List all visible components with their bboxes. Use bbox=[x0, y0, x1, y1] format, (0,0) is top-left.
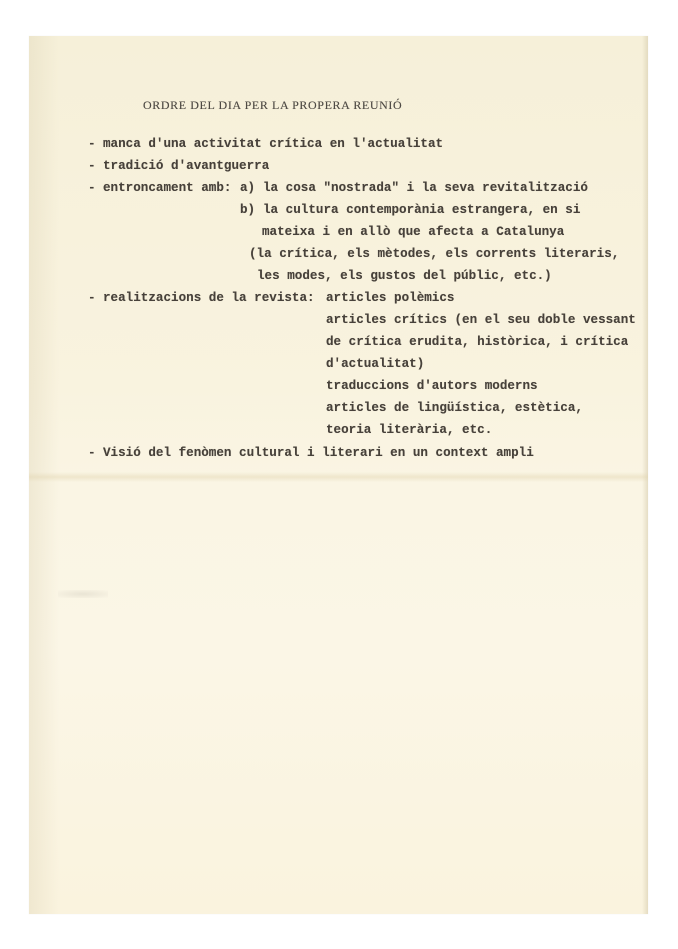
subitem-text: la cultura contemporània estrangera, en … bbox=[263, 203, 580, 217]
list-item-text: traduccions d'autors moderns bbox=[326, 379, 538, 393]
list-item-text: articles de lingüística, estètica, bbox=[326, 401, 583, 415]
list-item-bullet: - bbox=[88, 159, 96, 173]
document-title: ORDRE DEL DIA PER LA PROPERA REUNIÓ bbox=[143, 98, 402, 112]
list-item-text: de crítica erudita, històrica, i crítica bbox=[326, 335, 628, 349]
list-item-text: d'actualitat) bbox=[326, 357, 424, 371]
list-item-bullet: - bbox=[88, 181, 96, 195]
subitem-marker: a) bbox=[240, 181, 255, 195]
list-item-label: entroncament amb: bbox=[103, 181, 231, 195]
list-item-bullet: - bbox=[88, 291, 96, 305]
list-item-text: tradició d'avantguerra bbox=[103, 159, 269, 173]
paper-fold-crease bbox=[29, 472, 648, 482]
list-item-label: realitzacions de la revista: bbox=[103, 291, 315, 305]
list-item-bullet: - bbox=[88, 137, 96, 151]
paper-smudge bbox=[58, 590, 108, 598]
list-item-text: Visió del fenòmen cultural i literari en… bbox=[103, 446, 534, 460]
list-item-text: articles crítics (en el seu doble vessan… bbox=[326, 313, 636, 327]
subitem-text: mateixa i en allò que afecta a Catalunya bbox=[262, 225, 564, 239]
list-item-bullet: - bbox=[88, 446, 96, 460]
list-item-text: articles polèmics bbox=[326, 291, 454, 305]
list-item-text: manca d'una activitat crítica en l'actua… bbox=[103, 137, 443, 151]
list-item-text: teoria literària, etc. bbox=[326, 423, 492, 437]
subitem-text: les modes, els gustos del públic, etc.) bbox=[257, 269, 552, 283]
subitem-text: la cosa "nostrada" i la seva revitalitza… bbox=[263, 181, 588, 195]
subitem-marker: b) bbox=[240, 203, 255, 217]
subitem-text: (la crítica, els mètodes, els corrents l… bbox=[249, 247, 619, 261]
